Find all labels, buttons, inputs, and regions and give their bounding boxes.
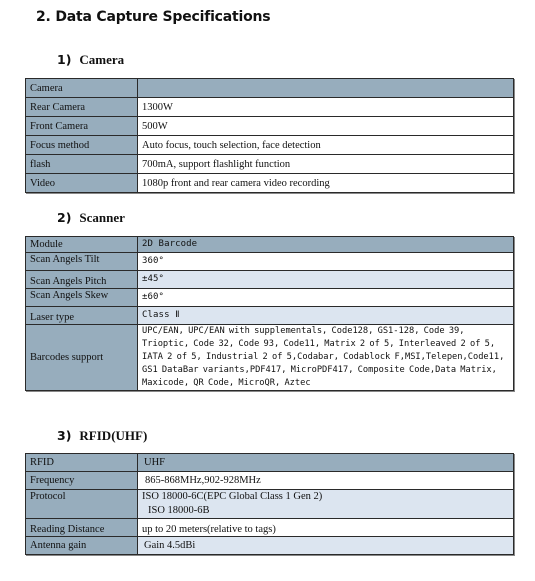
spec-value: ISO 18000-6C(EPC Global Class 1 Gen 2) I… — [138, 490, 514, 519]
spec-label: Front Camera — [26, 117, 138, 136]
spec-label: Scan Angels Tilt — [26, 253, 138, 271]
table-row: Scan Angels Pitch ±45° — [26, 271, 514, 289]
table-row: Scan Angels Tilt 360° — [26, 253, 514, 271]
spec-value: ±45° — [138, 271, 514, 289]
spec-value: up to 20 meters(relative to tags) — [138, 519, 514, 537]
spec-label: Rear Camera — [26, 98, 138, 117]
spec-value: 865-868MHz,902-928MHz — [138, 472, 514, 490]
spec-label: Reading Distance — [26, 519, 138, 537]
table-row: flash 700mA, support flashlight function — [26, 155, 514, 174]
page-title: 2. Data Capture Specifications — [36, 9, 270, 25]
section-title: Scanner — [79, 210, 125, 225]
table-row: Front Camera 500W — [26, 117, 514, 136]
table-row: Frequency 865-868MHz,902-928MHz — [26, 472, 514, 490]
spec-value — [138, 79, 514, 98]
spec-label: Video — [26, 174, 138, 193]
table-row: Laser type Class Ⅱ — [26, 307, 514, 325]
spec-label: Scan Angels Pitch — [26, 271, 138, 289]
protocol-line: ISO 18000-6B — [142, 503, 509, 518]
spec-label: Frequency — [26, 472, 138, 490]
spec-value: 2D Barcode — [138, 237, 514, 253]
spec-value: ±60° — [138, 289, 514, 307]
section-heading-camera: 1)Camera — [57, 52, 124, 68]
section-heading-scanner: 2)Scanner — [57, 210, 125, 226]
table-row: Protocol ISO 18000-6C(EPC Global Class 1… — [26, 490, 514, 519]
spec-value: UHF — [138, 454, 514, 472]
section-title: Camera — [79, 52, 124, 67]
spec-value: 700mA, support flashlight function — [138, 155, 514, 174]
table-header-row: RFID UHF — [26, 454, 514, 472]
table-row: Focus method Auto focus, touch selection… — [26, 136, 514, 155]
section-heading-rfid: 3)RFID(UHF) — [57, 428, 147, 444]
spec-label: Module — [26, 237, 138, 253]
spec-label: Antenna gain — [26, 537, 138, 555]
spec-value: 1300W — [138, 98, 514, 117]
spec-label: Focus method — [26, 136, 138, 155]
table-row: Antenna gain Gain 4.5dBi — [26, 537, 514, 555]
table-header-row: Module 2D Barcode — [26, 237, 514, 253]
spec-value: Auto focus, touch selection, face detect… — [138, 136, 514, 155]
spec-label: Scan Angels Skew — [26, 289, 138, 307]
spec-label: Barcodes support — [26, 325, 138, 391]
table-row: Video 1080p front and rear camera video … — [26, 174, 514, 193]
spec-label: Camera — [26, 79, 138, 98]
table-row: Scan Angels Skew ±60° — [26, 289, 514, 307]
section-number: 3) — [57, 428, 71, 443]
spec-value: 1080p front and rear camera video record… — [138, 174, 514, 193]
table-row: Barcodes support UPC/EAN, UPC/EAN with s… — [26, 325, 514, 391]
section-title: RFID(UHF) — [79, 428, 147, 443]
camera-spec-table: Camera Rear Camera 1300W Front Camera 50… — [25, 78, 514, 193]
spec-value: 360° — [138, 253, 514, 271]
table-row: Reading Distance up to 20 meters(relativ… — [26, 519, 514, 537]
spec-value: 500W — [138, 117, 514, 136]
table-header-row: Camera — [26, 79, 514, 98]
table-row: Rear Camera 1300W — [26, 98, 514, 117]
rfid-spec-table: RFID UHF Frequency 865-868MHz,902-928MHz… — [25, 453, 514, 555]
spec-value: Gain 4.5dBi — [138, 537, 514, 555]
spec-label: RFID — [26, 454, 138, 472]
spec-value: UPC/EAN, UPC/EAN with supplementals, Cod… — [138, 325, 514, 391]
spec-label: Laser type — [26, 307, 138, 325]
spec-label: Protocol — [26, 490, 138, 519]
section-number: 2) — [57, 210, 71, 225]
scanner-spec-table: Module 2D Barcode Scan Angels Tilt 360° … — [25, 236, 514, 391]
spec-label: flash — [26, 155, 138, 174]
spec-value: Class Ⅱ — [138, 307, 514, 325]
protocol-line: ISO 18000-6C(EPC Global Class 1 Gen 2) — [142, 490, 509, 503]
section-number: 1) — [57, 52, 71, 67]
